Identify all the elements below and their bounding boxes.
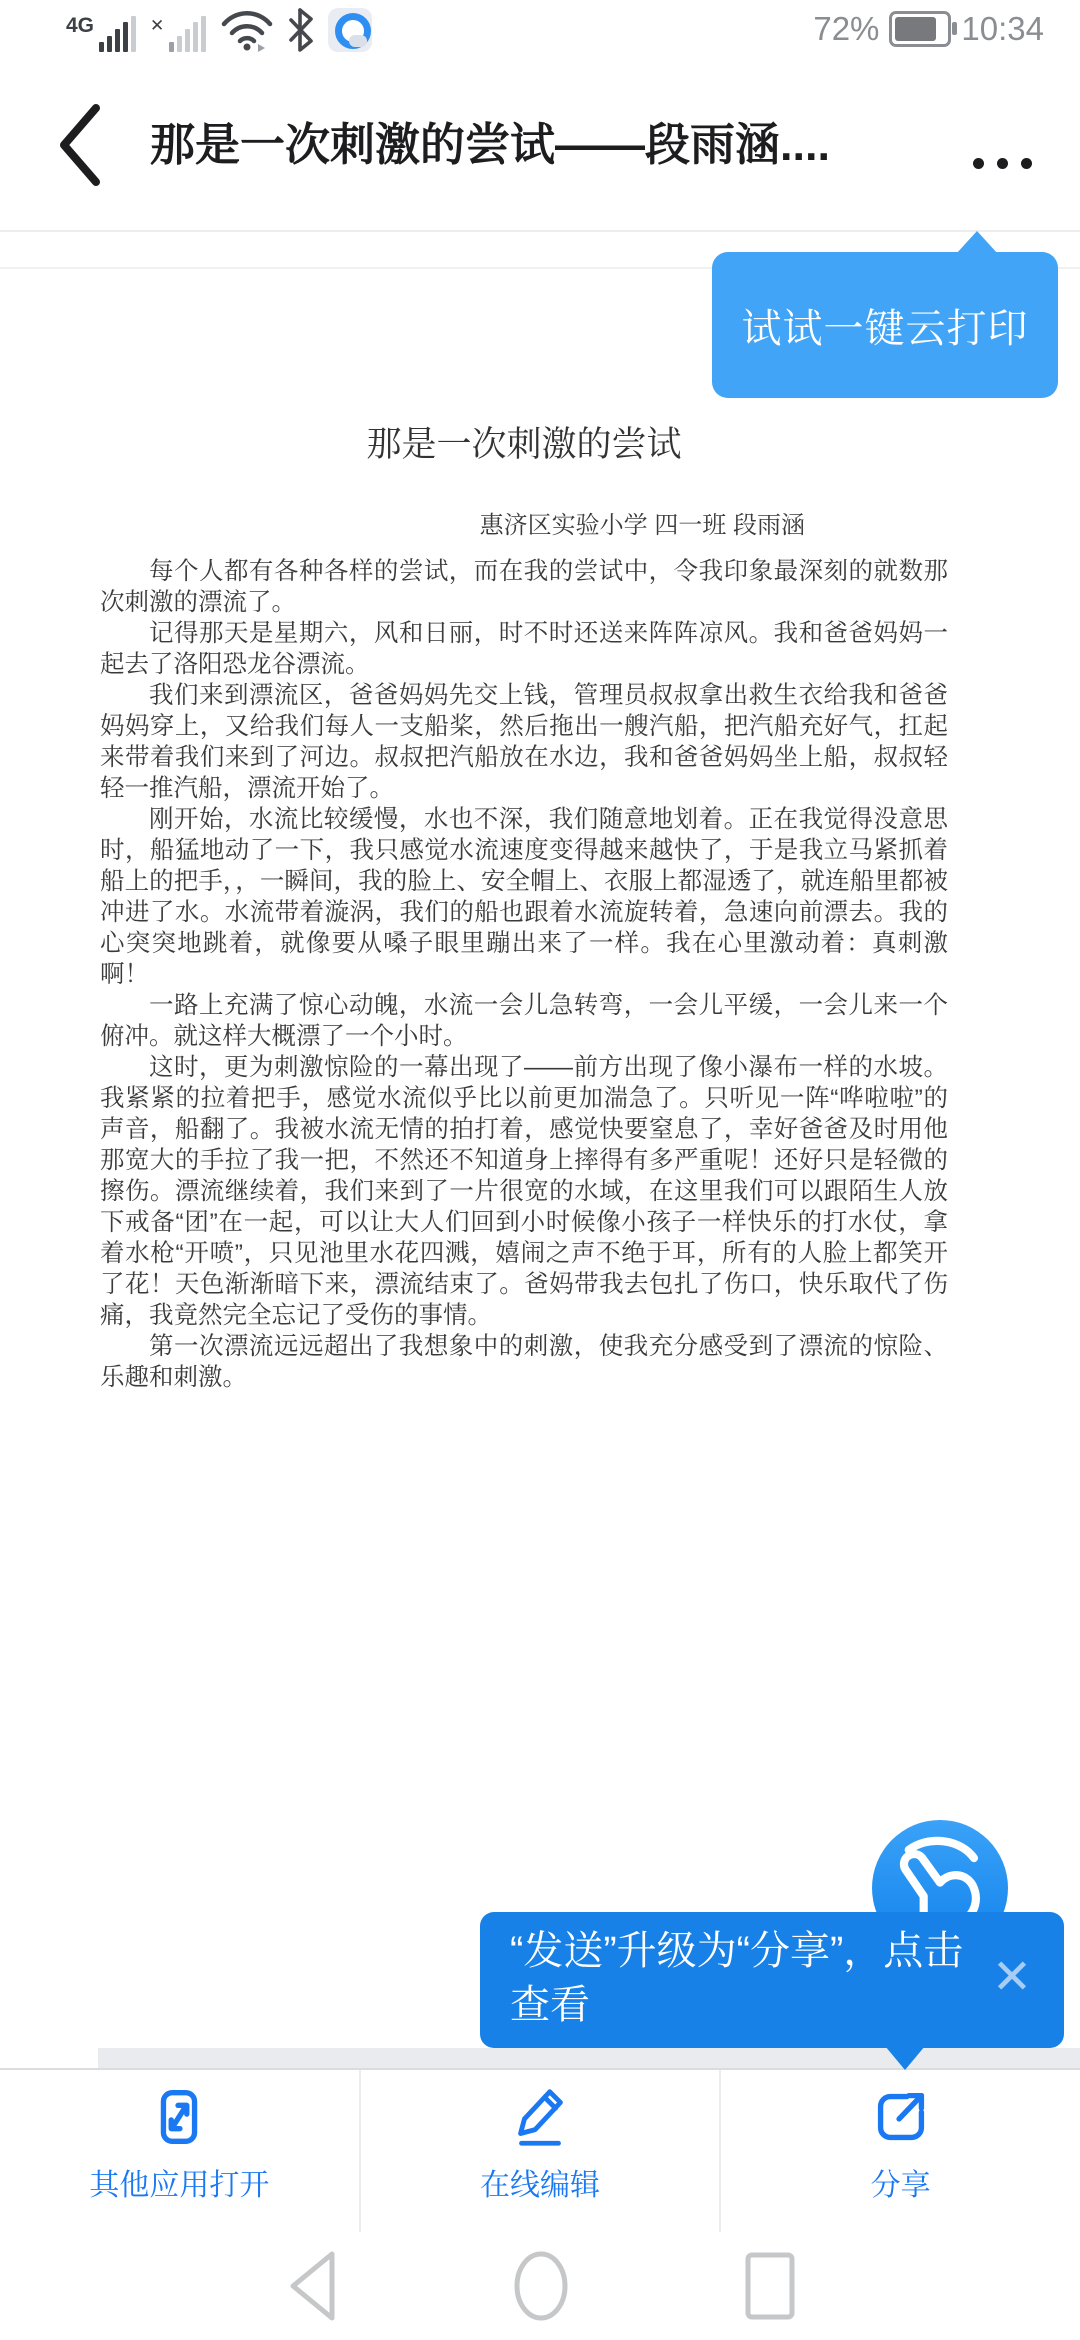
online-edit-icon xyxy=(505,2082,575,2152)
essay-paragraph: 每个人都有各种各样的尝试，而在我的尝试中，令我印象最深刻的就数那次刺激的漂流了。 xyxy=(100,556,948,618)
more-menu-button[interactable] xyxy=(973,158,1032,169)
open-in-other-app-icon xyxy=(144,2082,214,2152)
cloud-print-tooltip[interactable]: 试试一键云打印 xyxy=(712,252,1058,398)
share-upgrade-toast[interactable]: “发送”升级为“分享”，点击查看 ✕ xyxy=(480,1912,1064,2048)
status-bar: 4G ✕ xyxy=(0,0,1080,60)
document-title-header: 那是一次刺激的尝试——段雨涵.... xyxy=(150,98,940,192)
bottom-toolbar: 其他应用打开 在线编辑 分享 xyxy=(0,2068,1080,2232)
status-icons-right: 72% 10:34 xyxy=(813,10,1044,48)
essay-title: 那是一次刺激的尝试 xyxy=(100,417,948,467)
essay-paragraph: 第一次漂流远远超出了我想象中的刺激，使我充分感受到了漂流的惊险、乐趣和刺激。 xyxy=(100,1331,948,1393)
essay-paragraph: 我们来到漂流区，爸爸妈妈先交上钱，管理员叔叔拿出救生衣给我和爸爸妈妈穿上，又给我… xyxy=(100,680,948,804)
bluetooth-icon xyxy=(288,8,314,52)
toolbar-label: 其他应用打开 xyxy=(89,2160,269,2204)
essay-body: 每个人都有各种各样的尝试，而在我的尝试中，令我印象最深刻的就数那次刺激的漂流了。… xyxy=(100,556,948,1393)
toast-pointer-icon xyxy=(885,2046,925,2070)
essay-paragraph: 刚开始，水流比较缓慢，水也不深，我们随意地划着。正在我觉得没意思时，船猛地动了一… xyxy=(100,804,948,990)
status-icons-left: 4G ✕ xyxy=(66,12,372,52)
battery-icon xyxy=(889,11,951,47)
nav-back-icon[interactable] xyxy=(286,2248,338,2324)
toolbar-label: 在线编辑 xyxy=(480,2160,600,2204)
header: 那是一次刺激的尝试——段雨涵.... xyxy=(0,60,1080,230)
essay-paragraph: 记得那天是星期六，风和日丽，时不时还送来阵阵凉风。我和爸爸妈妈一起去了洛阳恐龙谷… xyxy=(100,618,948,680)
floating-app-icon xyxy=(328,8,372,52)
toast-text: “发送”升级为“分享”，点击查看 xyxy=(510,1924,990,2032)
back-button[interactable] xyxy=(52,102,108,188)
clock: 10:34 xyxy=(961,10,1044,48)
signal-4g-icon: 4G xyxy=(66,16,136,52)
essay-paragraph: 这时，更为刺激惊险的一幕出现了——前方出现了像小瀑布一样的水坡。我紧紧的拉着把手… xyxy=(100,1052,948,1331)
share-icon xyxy=(866,2082,936,2152)
header-divider xyxy=(0,230,1080,232)
online-edit-button[interactable]: 在线编辑 xyxy=(359,2070,720,2232)
signal-sim2-no-service-icon: ✕ xyxy=(150,16,206,52)
tooltip-text: 试试一键云打印 xyxy=(712,252,1058,398)
essay-byline: 惠济区实验小学 四一班 段雨涵 xyxy=(480,505,805,540)
nav-recents-icon[interactable] xyxy=(744,2248,796,2324)
toast-close-icon[interactable]: ✕ xyxy=(984,1942,1040,2012)
battery-percent: 72% xyxy=(813,10,879,48)
tooltip-pointer-icon xyxy=(956,231,998,254)
toolbar-label: 分享 xyxy=(871,2160,931,2204)
wifi-icon xyxy=(220,8,274,52)
screen: 4G ✕ xyxy=(0,0,1080,2340)
android-nav-bar xyxy=(0,2230,1080,2340)
essay-paragraph: 一路上充满了惊心动魄，水流一会儿急转弯，一会儿平缓，一会儿来一个俯冲。就这样大概… xyxy=(100,990,948,1052)
share-button[interactable]: 分享 xyxy=(719,2070,1080,2232)
network-type-label: 4G xyxy=(66,16,94,36)
nav-home-icon[interactable] xyxy=(513,2248,569,2324)
open-in-other-app-button[interactable]: 其他应用打开 xyxy=(0,2070,359,2232)
document-page[interactable]: 那是一次刺激的尝试 惠济区实验小学 四一班 段雨涵 每个人都有各种各样的尝试，而… xyxy=(100,269,948,1393)
page-end-strip xyxy=(98,2048,1080,2068)
